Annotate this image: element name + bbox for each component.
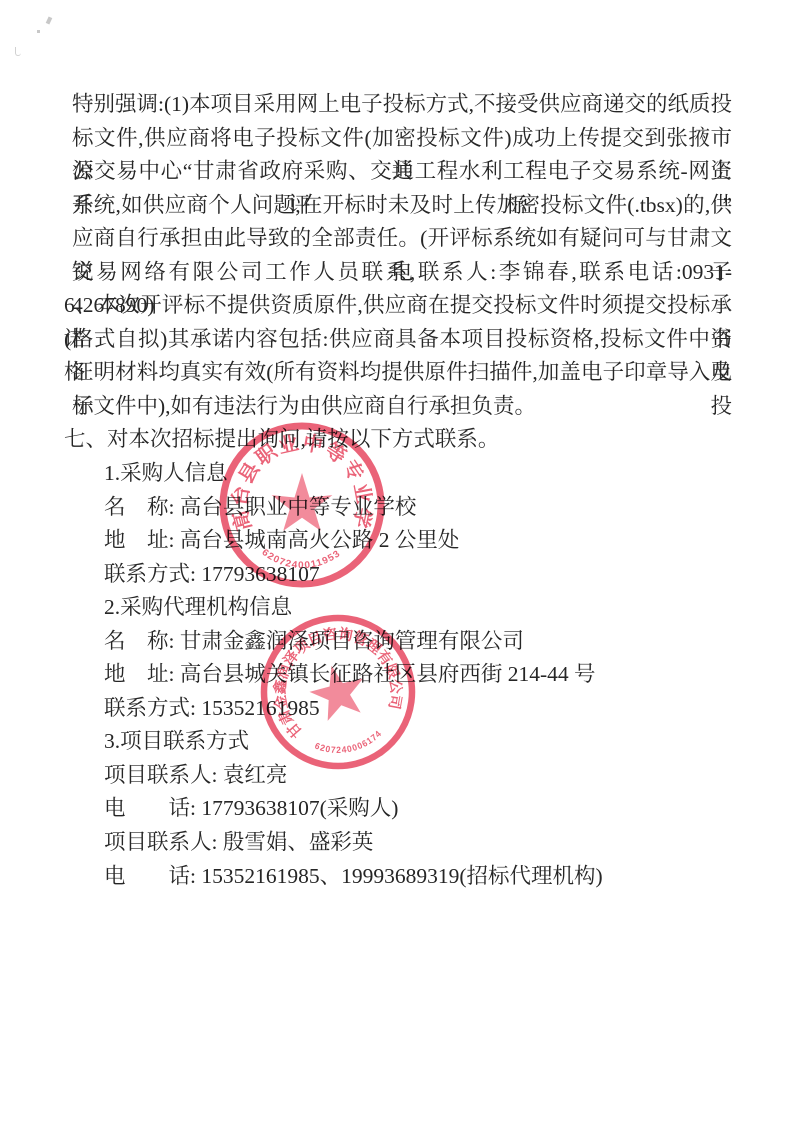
star-icon [305, 659, 371, 723]
purchaser-phone-line: 联系方式: 17793638107 [72, 558, 732, 592]
text-line: 证明材料均真实有效(所有资料均提供原件扫描件,加盖电子印章导入电子投 [72, 356, 732, 390]
seal-code-text: 6207240011953 [260, 547, 343, 571]
star-icon [272, 473, 333, 531]
seal-group: 甘肃金鑫润泽项目咨询管理有限公司 6207240006174 [252, 606, 424, 778]
agency-contact-phone-line: 电 话: 15352161985、19993689319(招标代理机构) [72, 860, 732, 894]
purchaser-address-line: 地 址: 高台县城南高火公路 2 公里处 [72, 524, 732, 558]
text-line: 交易网络有限公司工作人员联系,联系人:李锦春,联系电话:0931-4267890… [72, 256, 732, 290]
agency-official-seal: 甘肃金鑫润泽项目咨询管理有限公司 6207240006174 [252, 606, 424, 778]
text-line: 特别强调:(1)本项目采用网上电子投标方式,不接受供应商递交的纸质投 [72, 88, 732, 122]
text-line: 标文件,供应商将电子投标文件(加密投标文件)成功上传提交到张掖市公共资 [72, 122, 732, 156]
purchaser-official-seal: 高台县职业中等专业学校 6207240011953 [212, 415, 392, 595]
agency-contact-name-line: 项目联系人: 殷雪娟、盛彩英 [72, 826, 732, 860]
seal-group: 高台县职业中等专业学校 6207240011953 [212, 415, 381, 584]
text-line: 系统,如供应商个人问题,在开标时未及时上传加密投标文件(.tbsx)的,供 [72, 189, 732, 223]
text-line: 源交易中心“甘肃省政府采购、交通工程水利工程电子交易系统-网上开评标” [72, 155, 732, 189]
purchaser-info-heading: 1.采购人信息 [72, 457, 732, 491]
text-line: 七、对本次招标提出询问,请按以下方式联系。 [64, 423, 732, 457]
project-contact-phone-line: 电 话: 17793638107(采购人) [72, 792, 732, 826]
seal-code: 6207240011953 [260, 547, 343, 571]
purchaser-name-line: 名 称: 高台县职业中等专业学校 [72, 491, 732, 525]
text-line: (格式自拟)其承诺内容包括:供应商具备本项目投标资格,投标文件中资格及 [64, 323, 732, 357]
scan-speck [37, 30, 40, 33]
text-line: 6、本次开评标不提供资质原件,供应商在提交投标文件时须提交投标承诺书 [64, 289, 732, 323]
scan-speck [46, 16, 53, 24]
text-line: 应商自行承担由此导致的全部责任。(开评标系统如有疑问可与甘肃文锐电子 [72, 222, 732, 256]
scan-speck [15, 47, 21, 56]
document-page: 特别强调:(1)本项目采用网上电子投标方式,不接受供应商递交的纸质投 标文件,供… [0, 0, 793, 1122]
